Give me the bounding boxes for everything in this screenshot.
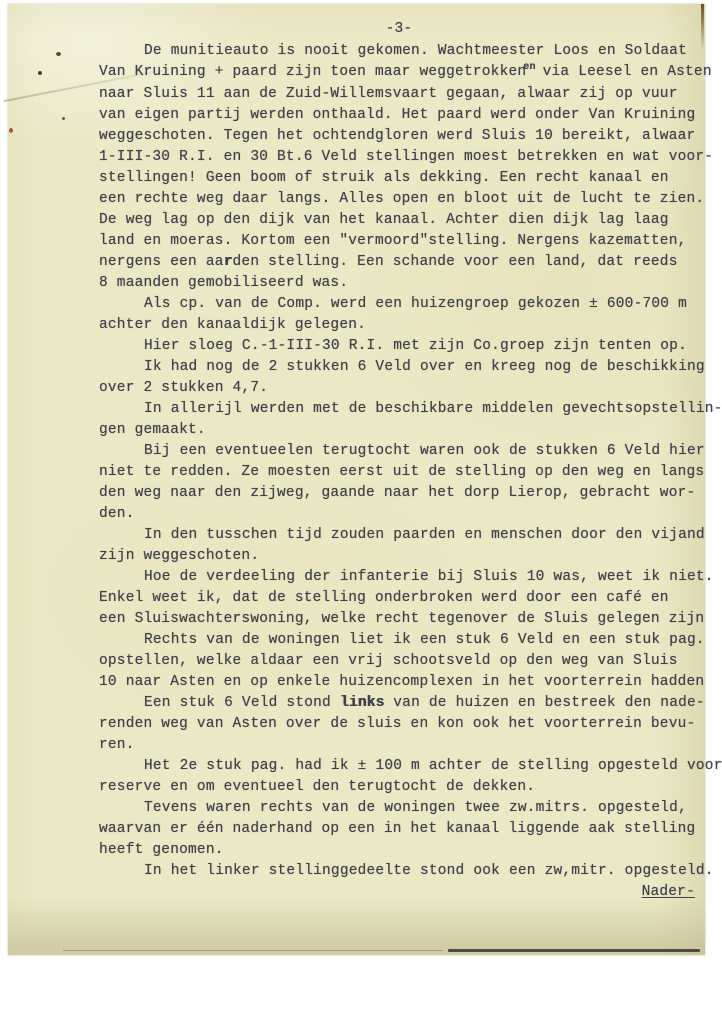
- typed-line: den.: [99, 504, 711, 525]
- typed-line: 10 naar Asten en op enkele huizencomplex…: [99, 672, 711, 693]
- text-segment: Bij een eventueelen terugtocht waren ook…: [144, 443, 705, 459]
- typed-line: gen gemaakt.: [99, 420, 711, 441]
- typed-line: Een stuk 6 Veld stond links van de huize…: [99, 693, 711, 714]
- text-segment: 1-III-30 R.I. en 30 Bt.6 Veld stellingen…: [99, 149, 713, 165]
- typed-line: Rechts van de woningen liet ik een stuk …: [99, 630, 711, 651]
- typed-line: Bij een eventueelen terugtocht waren ook…: [99, 441, 711, 462]
- typed-line: heeft genomen.: [99, 840, 711, 861]
- typed-line: achter den kanaaldijk gelegen.: [99, 315, 711, 336]
- text-segment: In den tusschen tijd zouden paarden en m…: [144, 527, 705, 543]
- text-segment: den stelling. Een schande voor een land,…: [233, 254, 678, 270]
- text-segment: 10 naar Asten en op enkele huizencomplex…: [99, 674, 704, 690]
- typed-line: niet te redden. Ze moesten eerst uit de …: [99, 462, 711, 483]
- text-segment: over 2 stukken 4,7.: [99, 380, 268, 396]
- typed-line: renden weg van Asten over de sluis en ko…: [99, 714, 711, 735]
- typed-text-block: -3- De munitieauto is nooit gekomen. Wac…: [99, 18, 711, 903]
- typed-line: een Sluiswachterswoning, welke recht teg…: [99, 609, 711, 630]
- paper-speck: [9, 128, 13, 133]
- text-segment: Als cp. van de Comp. werd een huizengroe…: [144, 296, 687, 312]
- typed-line: ren.: [99, 735, 711, 756]
- text-segment: Een stuk 6 Veld stond: [144, 695, 340, 711]
- text-segment: Nader-: [642, 884, 695, 900]
- typed-line: In allerijl werden met de beschikbare mi…: [99, 399, 711, 420]
- typed-text: De munitieauto is nooit gekomen. Wachtme…: [99, 41, 711, 903]
- text-segment: weggeschoten. Tegen het ochtendgloren we…: [99, 128, 695, 144]
- typed-line: nergens een aarden stelling. Een schande…: [99, 252, 711, 273]
- text-segment: achter den kanaaldijk gelegen.: [99, 317, 366, 333]
- typed-line: Hier sloeg C.-1-III-30 R.I. met zijn Co.…: [99, 336, 711, 357]
- text-segment: r: [224, 254, 233, 270]
- text-segment: Het 2e stuk pag. had ik ± 100 m achter d…: [144, 758, 722, 774]
- text-segment: van de huizen en bestreek den nade-: [384, 695, 704, 711]
- text-segment: den weg naar den zijweg, gaande naar het…: [99, 485, 695, 501]
- document-page: -3- De munitieauto is nooit gekomen. Wac…: [8, 4, 705, 955]
- page-bottom-edge-line: [448, 949, 700, 952]
- typed-line: 8 maanden gemobiliseerd was.: [99, 273, 711, 294]
- text-segment: reserve en om eventueel den terugtocht d…: [99, 779, 535, 795]
- text-segment: Van Kruining + paard zijn toen maar wegg…: [99, 64, 526, 80]
- text-segment: Hier sloeg C.-1-III-30 R.I. met zijn Co.…: [144, 338, 687, 354]
- text-segment: van eigen partij werden onthaald. Het pa…: [99, 107, 695, 123]
- typed-line: Ik had nog de 2 stukken 6 Veld over en k…: [99, 357, 711, 378]
- typed-line: over 2 stukken 4,7.: [99, 378, 711, 399]
- text-segment: en: [523, 57, 535, 78]
- text-segment: waarvan er één naderhand op een in het k…: [99, 821, 695, 837]
- text-segment: In allerijl werden met de beschikbare mi…: [144, 401, 722, 417]
- typed-line: naar Sluis 11 aan de Zuid-Willemsvaart g…: [99, 84, 711, 105]
- text-segment: 8 maanden gemobiliseerd was.: [99, 275, 348, 291]
- text-segment: Enkel weet ik, dat de stelling onderbrok…: [99, 590, 669, 606]
- text-segment: den.: [99, 506, 135, 522]
- typed-line: zijn weggeschoten.: [99, 546, 711, 567]
- typed-line: land en moeras. Kortom een "vermoord"ste…: [99, 231, 711, 252]
- text-segment: stellingen! Geen boom of struik als dekk…: [99, 170, 669, 186]
- typed-line: stellingen! Geen boom of struik als dekk…: [99, 168, 711, 189]
- text-segment: land en moeras. Kortom een "vermoord"ste…: [99, 233, 687, 249]
- text-segment: gen gemaakt.: [99, 422, 206, 438]
- typed-line: een rechte weg daar langs. Alles open en…: [99, 189, 711, 210]
- typed-line: waarvan er één naderhand op een in het k…: [99, 819, 711, 840]
- text-segment: naar Sluis 11 aan de Zuid-Willemsvaart g…: [99, 86, 678, 102]
- text-segment: via Leesel en Asten: [534, 64, 712, 80]
- typed-line: Het 2e stuk pag. had ik ± 100 m achter d…: [99, 756, 711, 777]
- text-segment: ren.: [99, 737, 135, 753]
- text-segment: niet te redden. Ze moesten eerst uit de …: [99, 464, 704, 480]
- text-segment: Ik had nog de 2 stukken 6 Veld over en k…: [144, 359, 705, 375]
- typed-line: Als cp. van de Comp. werd een huizengroe…: [99, 294, 711, 315]
- typed-line: reserve en om eventueel den terugtocht d…: [99, 777, 711, 798]
- text-segment: De weg lag op den dijk van het kanaal. A…: [99, 212, 669, 228]
- paper-speck: [62, 117, 65, 120]
- typed-line: 1-III-30 R.I. en 30 Bt.6 Veld stellingen…: [99, 147, 711, 168]
- text-segment: zijn weggeschoten.: [99, 548, 259, 564]
- typed-line: weggeschoten. Tegen het ochtendgloren we…: [99, 126, 711, 147]
- typed-line: De munitieauto is nooit gekomen. Wachtme…: [99, 41, 711, 62]
- typed-line: Enkel weet ik, dat de stelling onderbrok…: [99, 588, 711, 609]
- page-number: -3-: [99, 18, 699, 41]
- page-bottom-edge-line-faint: [63, 950, 443, 952]
- text-segment: Hoe de verdeeling der infanterie bij Slu…: [144, 569, 714, 585]
- paper-speck: [56, 52, 61, 56]
- typed-line: den weg naar den zijweg, gaande naar het…: [99, 483, 711, 504]
- text-segment: heeft genomen.: [99, 842, 224, 858]
- text-segment: opstellen, welke aldaar een vrij schoots…: [99, 653, 678, 669]
- typed-line: Tevens waren rechts van de woningen twee…: [99, 798, 711, 819]
- typed-line: opstellen, welke aldaar een vrij schoots…: [99, 651, 711, 672]
- typed-line: Van Kruining + paard zijn toen maar wegg…: [99, 62, 711, 84]
- typed-line: van eigen partij werden onthaald. Het pa…: [99, 105, 711, 126]
- text-segment: In het linker stellinggedeelte stond ook…: [144, 863, 714, 879]
- text-segment: Tevens waren rechts van de woningen twee…: [144, 800, 687, 816]
- text-segment: nergens een aa: [99, 254, 224, 270]
- typed-line: Nader-: [99, 882, 711, 903]
- typed-line: De weg lag op den dijk van het kanaal. A…: [99, 210, 711, 231]
- text-segment: Rechts van de woningen liet ik een stuk …: [144, 632, 705, 648]
- typed-line: In het linker stellinggedeelte stond ook…: [99, 861, 711, 882]
- text-segment: een Sluiswachterswoning, welke recht teg…: [99, 611, 704, 627]
- typed-line: Hoe de verdeeling der infanterie bij Slu…: [99, 567, 711, 588]
- text-segment: renden weg van Asten over de sluis en ko…: [99, 716, 695, 732]
- scan-background: -3- De munitieauto is nooit gekomen. Wac…: [0, 0, 722, 1020]
- text-segment: links: [340, 695, 385, 711]
- typed-line: In den tusschen tijd zouden paarden en m…: [99, 525, 711, 546]
- text-segment: De munitieauto is nooit gekomen. Wachtme…: [144, 43, 687, 59]
- paper-speck: [38, 71, 42, 75]
- text-segment: een rechte weg daar langs. Alles open en…: [99, 191, 704, 207]
